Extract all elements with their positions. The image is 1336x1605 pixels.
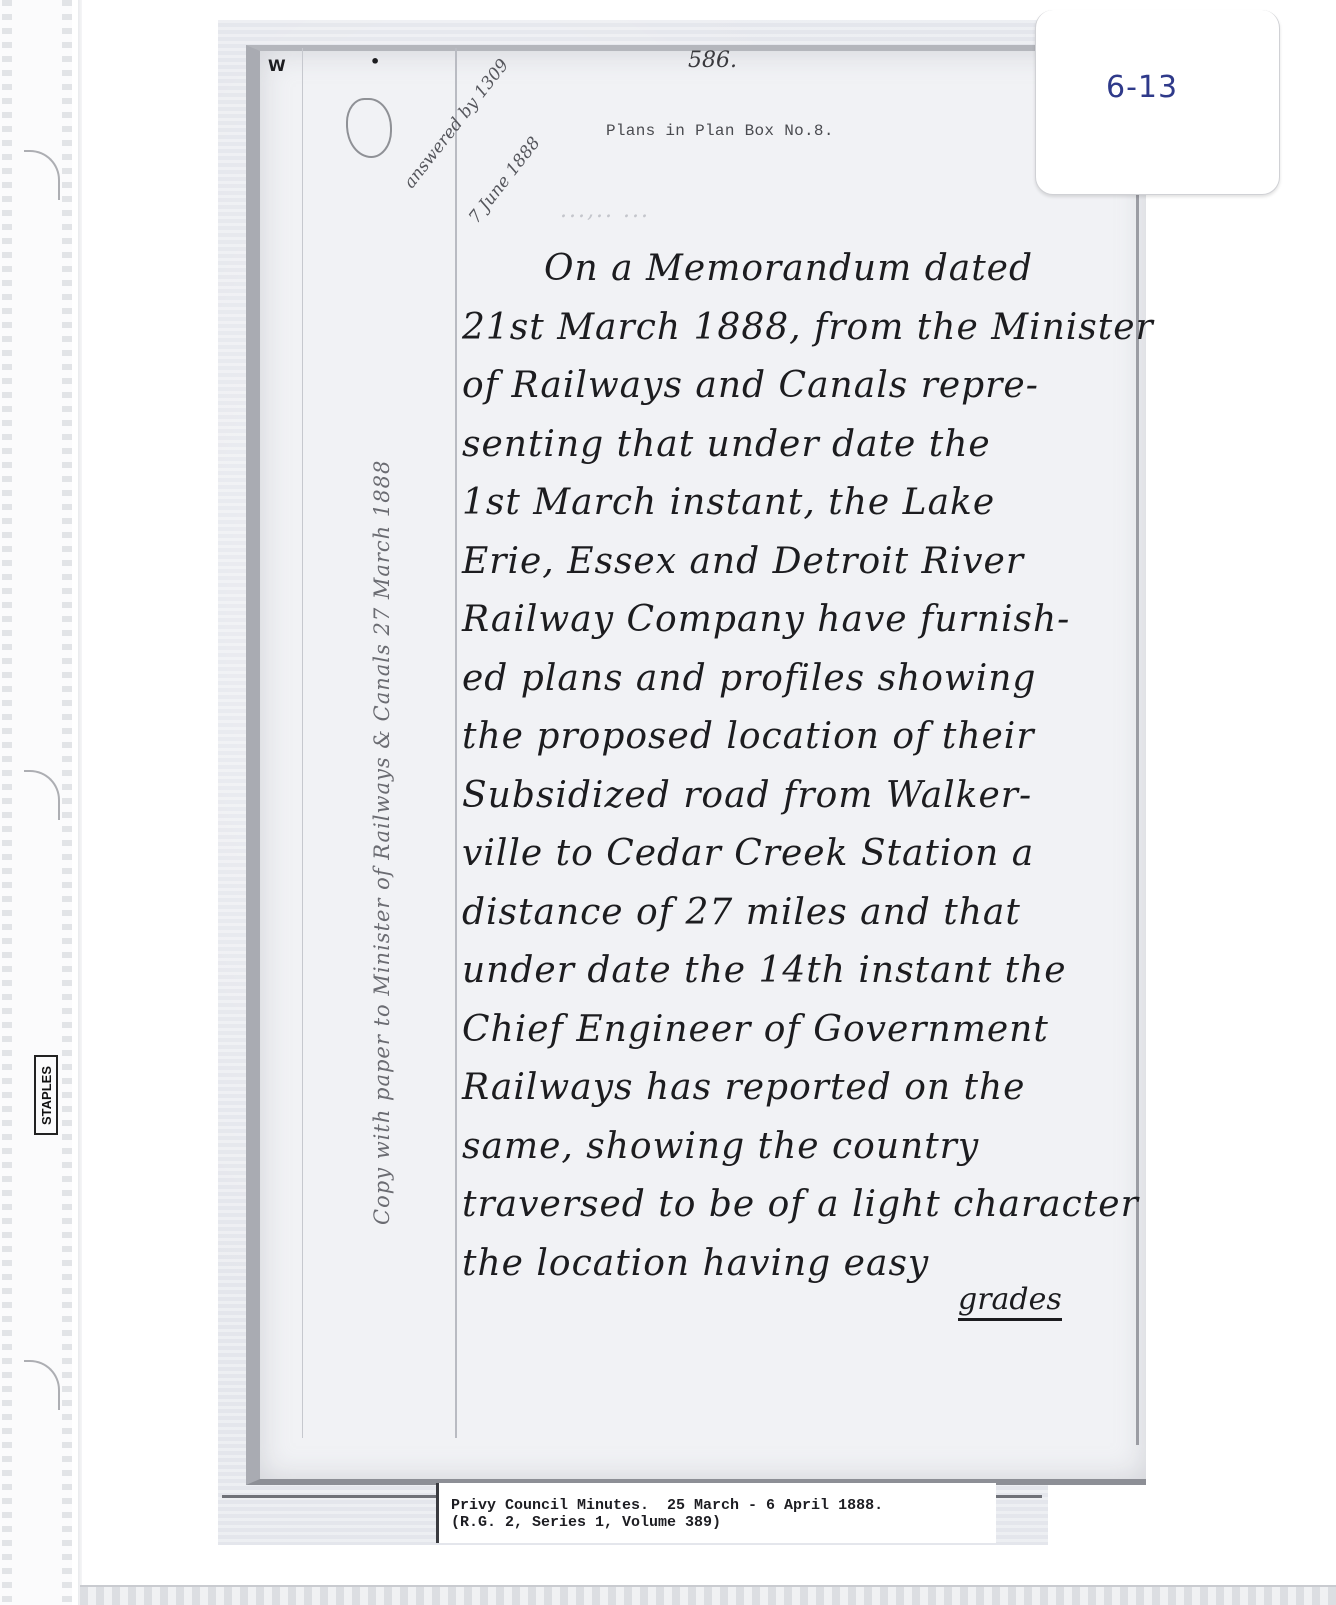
margin-rule [455,48,457,1438]
body-line: 1st March instant, the Lake [462,474,1132,533]
body-line: Chief Engineer of Government [462,1001,1132,1060]
body-line: the proposed location of their [462,708,1132,767]
body-line: under date the 14th instant the [462,942,1132,1001]
margin-note: Copy with paper to Minister of Railways … [370,460,394,1225]
bleed-through-text: ...,.. ... [560,198,650,223]
body-line: Subsidized road from Walker- [462,767,1132,826]
body-line: senting that under date the [462,416,1132,475]
body-line: On a Memorandum dated [462,240,1132,299]
sleeve-edge [78,0,82,1605]
sleeve-bottom-edge [80,1585,1336,1605]
corner-mark: W [268,56,286,75]
body-line: Railway Company have furnish- [462,591,1132,650]
staples-logo-text: STAPLES [39,1066,54,1125]
body-line: of Railways and Canals repre- [462,357,1132,416]
citation-line-2: (R.G. 2, Series 1, Volume 389) [451,1514,996,1531]
body-line: Railways has reported on the [462,1059,1132,1118]
body-line: same, showing the country [462,1118,1132,1177]
body-line: ed plans and profiles showing [462,650,1132,709]
body-line: Erie, Essex and Detroit River [462,533,1132,592]
reference-number: 6-13 [1106,70,1178,105]
sticky-note: 6-13 [1035,10,1280,195]
typed-note: Plans in Plan Box No.8. [606,122,834,140]
page-number: 586. [688,48,737,73]
citation-label: Privy Council Minutes. 25 March - 6 Apri… [436,1483,996,1543]
perforation-strip [2,0,12,1605]
body-line: 21st March 1888, from the Minister [462,299,1132,358]
citation-line-1: Privy Council Minutes. 25 March - 6 Apri… [451,1497,996,1514]
handwritten-body: On a Memorandum dated 21st March 1888, f… [462,240,1132,1293]
body-line: distance of 27 miles and that [462,884,1132,943]
staples-logo: STAPLES [34,1055,58,1135]
body-line: traversed to be of a light character [462,1176,1132,1235]
perforation-strip [62,0,72,1605]
page-right-edge [1136,190,1139,1445]
corner-dot: • [370,52,380,71]
closing-word: grades [958,1284,1062,1321]
body-line: ville to Cedar Creek Station a [462,825,1132,884]
outer-margin-rule [302,48,303,1438]
